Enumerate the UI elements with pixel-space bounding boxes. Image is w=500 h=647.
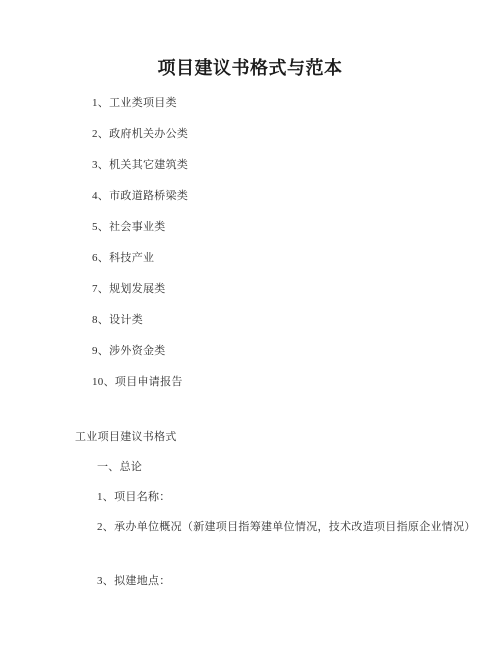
- category-list: 1、工业类项目类 2、政府机关办公类 3、机关其它建筑类 4、市政道路桥梁类 5…: [92, 98, 500, 388]
- section-item-project-name: 1、项目名称：: [97, 492, 500, 503]
- category-item-6: 6、科技产业: [92, 253, 500, 264]
- category-item-10: 10、项目申请报告: [92, 377, 500, 388]
- document-page: 项目建议书格式与范本 1、工业类项目类 2、政府机关办公类 3、机关其它建筑类 …: [0, 0, 500, 647]
- section-item-location: 3、拟建地点：: [97, 576, 500, 587]
- category-item-7: 7、规划发展类: [92, 284, 500, 295]
- section-item-overview: 一、总论: [97, 462, 500, 473]
- category-item-5: 5、社会事业类: [92, 222, 500, 233]
- document-title: 项目建议书格式与范本: [0, 0, 500, 80]
- category-item-1: 1、工业类项目类: [92, 98, 500, 109]
- category-item-9: 9、涉外资金类: [92, 346, 500, 357]
- category-item-4: 4、市政道路桥梁类: [92, 191, 500, 202]
- category-item-8: 8、设计类: [92, 315, 500, 326]
- category-item-2: 2、政府机关办公类: [92, 129, 500, 140]
- industrial-proposal-section: 工业项目建议书格式 一、总论 1、项目名称： 2、承办单位概况（新建项目指筹建单…: [75, 432, 500, 587]
- section-item-list: 一、总论 1、项目名称： 2、承办单位概况（新建项目指筹建单位情况，技术改造项目…: [97, 462, 500, 587]
- section-heading: 工业项目建议书格式: [75, 432, 500, 443]
- section-item-undertaker: 2、承办单位概况（新建项目指筹建单位情况，技术改造项目指原企业情况）: [97, 522, 500, 533]
- category-item-3: 3、机关其它建筑类: [92, 160, 500, 171]
